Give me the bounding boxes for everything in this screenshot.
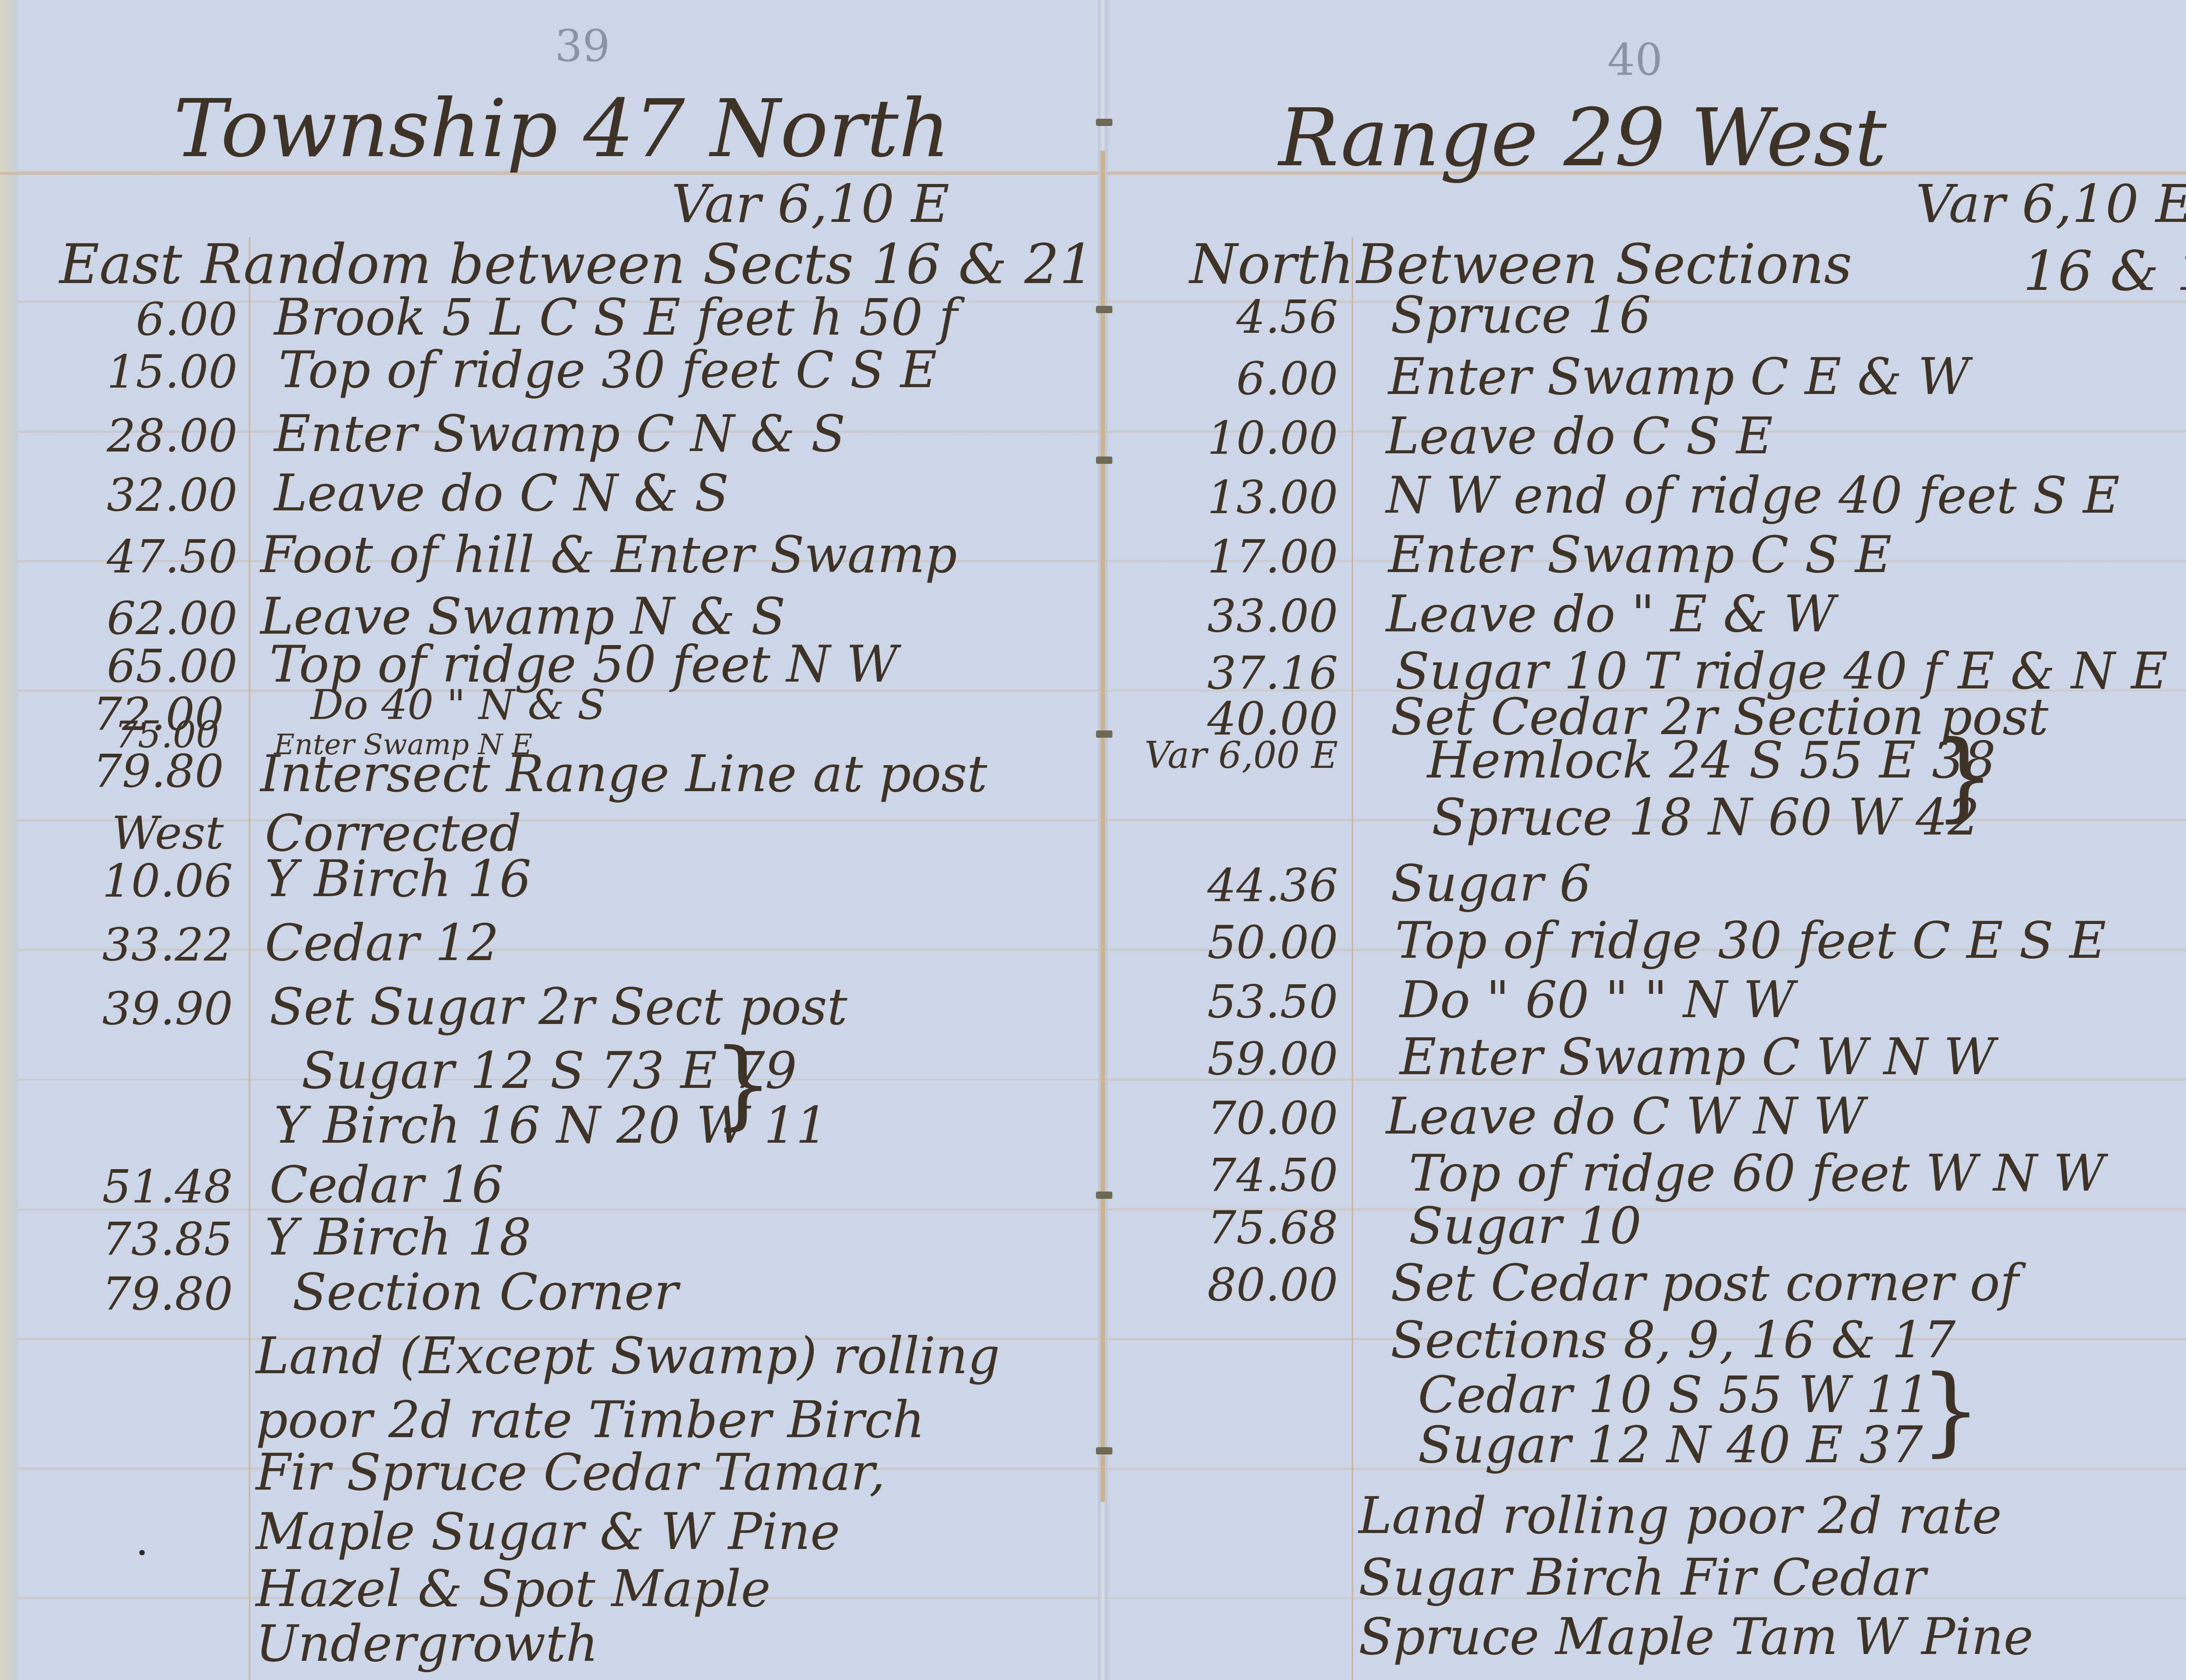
field-note: Sections 8, 9, 16 & 17 [1391, 1315, 1956, 1365]
line-description: Between Sections [1356, 237, 1852, 292]
chainage: 17.00 [1103, 534, 1338, 580]
witness-tree: Spruce 18 N 60 W 42 [1432, 792, 1980, 842]
witness-tree: Sugar 12 N 40 E 37 [1418, 1420, 1923, 1470]
chainage: 4.56 [1103, 294, 1338, 340]
field-note: Leave Swamp N & S [260, 591, 785, 641]
chainage: 10.00 [1103, 415, 1338, 461]
chainage: 75.68 [1103, 1205, 1338, 1251]
line-direction: North [1190, 237, 1354, 292]
chainage: 32.00 [41, 472, 237, 518]
page-title: Township 47 North [174, 89, 950, 169]
chainage: 80.00 [1103, 1262, 1338, 1308]
chainage: 50.00 [1103, 920, 1338, 966]
chainage: 6.00 [41, 297, 237, 342]
chainage: 73.85 [37, 1217, 233, 1262]
variation-note: Var 6,10 E [1916, 178, 2186, 231]
brace-mark: } [1934, 728, 1995, 824]
chainage: 79.80 [27, 749, 224, 794]
field-note: Enter Swamp C S E [1388, 530, 1892, 580]
chainage: 53.50 [1103, 979, 1338, 1025]
chainage: 6.00 [1103, 356, 1338, 402]
chainage: 74.50 [1103, 1153, 1338, 1198]
summary-line: Hazel & Spot Maple [256, 1564, 771, 1614]
witness-tree: Hemlock 24 S 55 E 38 [1427, 735, 1996, 785]
chainage: 47.50 [41, 534, 237, 580]
line-sections: 16 & 17 [2023, 244, 2186, 299]
summary-line: Land rolling poor 2d rate [1359, 1491, 2002, 1541]
chainage: 13.00 [1103, 475, 1338, 520]
field-note: Leave do C W N W [1386, 1091, 1865, 1141]
chainage: 37.16 [1103, 651, 1338, 696]
field-note: Cedar 12 [265, 918, 499, 968]
chainage: 15.00 [41, 349, 237, 395]
page-edge [0, 0, 18, 1680]
chainage: 51.48 [37, 1164, 233, 1210]
field-note: Enter Swamp C E & W [1388, 352, 1970, 402]
field-note: Brook 5 L C S E feet h 50 f [274, 292, 958, 342]
summary-line: Fir Spruce Cedar Tamar, [256, 1447, 885, 1497]
summary-line: Maple Sugar & W Pine [256, 1507, 840, 1557]
binding-stitch [1096, 1447, 1112, 1454]
field-note: Do " 60 " " N W [1400, 975, 1795, 1025]
field-note: Y Birch 18 [265, 1212, 532, 1262]
field-note: Enter Swamp C N & S [274, 409, 845, 459]
summary-line: Spruce Maple Tam W Pine [1359, 1612, 2033, 1662]
chainage: 65.00 [41, 644, 237, 689]
chainage: 62.00 [41, 596, 237, 641]
field-note: Leave do C N & S [274, 468, 729, 518]
chainage: 44.36 [1103, 863, 1338, 908]
field-note: Section Corner [292, 1267, 678, 1317]
chainage: 79.80 [37, 1271, 233, 1317]
chainage: West [27, 810, 224, 856]
page-title: Range 29 West [1279, 98, 1887, 178]
left-page: 39 Township 47 North Var 6,10 E East Ran… [0, 0, 1103, 1680]
field-note: Top of ridge 30 feet C S E [279, 345, 937, 395]
line-direction: East [59, 237, 182, 292]
field-note: Cedar 16 [269, 1160, 504, 1210]
field-note: Foot of hill & Enter Swamp [260, 530, 957, 580]
chainage: 39.90 [37, 986, 233, 1032]
field-note: Sugar 6 [1391, 858, 1591, 908]
line-description: Random between Sects 16 & 21 [201, 237, 1094, 292]
chainage: 59.00 [1103, 1036, 1338, 1082]
margin-rule [1352, 237, 1353, 1680]
field-note: Intersect Range Line at post [260, 749, 987, 799]
field-note: Y Birch 16 [265, 854, 532, 904]
ink-dot [139, 1550, 145, 1555]
variation-correction: Var 6,00 E [1103, 737, 1338, 774]
page-number: 40 [1607, 39, 1663, 82]
summary-line: Sugar Birch Fir Cedar [1359, 1552, 1926, 1602]
field-note: Leave do " E & W [1386, 589, 1835, 639]
field-note: Set Cedar post corner of [1391, 1258, 2019, 1308]
field-note: Leave do C S E [1386, 411, 1773, 461]
binding-thread [1101, 151, 1105, 1502]
right-page: 40 Range 29 West Var 6,10 E North Betwee… [1103, 0, 2186, 1680]
field-note: Sugar 10 [1409, 1201, 1642, 1251]
field-note: Spruce 16 [1391, 290, 1651, 340]
chainage: 28.00 [41, 413, 237, 459]
chainage: 70.00 [1103, 1096, 1338, 1141]
variation-note: Var 6,10 E [671, 178, 949, 231]
chainage: 33.00 [1103, 593, 1338, 639]
witness-tree: Cedar 10 S 55 W 11 [1418, 1370, 1930, 1420]
field-note: Top of ridge 60 feet W N W [1409, 1148, 2105, 1198]
field-note: Top of ridge 30 feet C E S E [1395, 915, 2106, 966]
page-number: 39 [555, 25, 610, 68]
margin-rule [249, 237, 250, 1680]
binding-stitch [1096, 119, 1112, 126]
binding-stitch [1096, 1192, 1112, 1199]
binding-stitch [1096, 730, 1112, 738]
field-note: Set Sugar 2r Sect post [269, 982, 847, 1032]
brace-mark: } [712, 1036, 774, 1132]
summary-line: Land (Except Swamp) rolling [256, 1331, 1000, 1381]
binding-stitch [1096, 306, 1112, 313]
summary-line: poor 2d rate Timber Birch [256, 1395, 925, 1445]
chainage: 33.22 [37, 922, 233, 968]
brace-mark: } [1920, 1363, 1981, 1459]
binding-stitch [1096, 457, 1112, 464]
summary-line: Undergrowth [256, 1618, 598, 1669]
field-note: Do 40 " N & S [311, 685, 606, 726]
field-note: N W end of ridge 40 feet S E [1386, 470, 2120, 520]
chainage: 10.06 [37, 858, 233, 904]
field-note: Enter Swamp C W N W [1400, 1032, 1995, 1082]
